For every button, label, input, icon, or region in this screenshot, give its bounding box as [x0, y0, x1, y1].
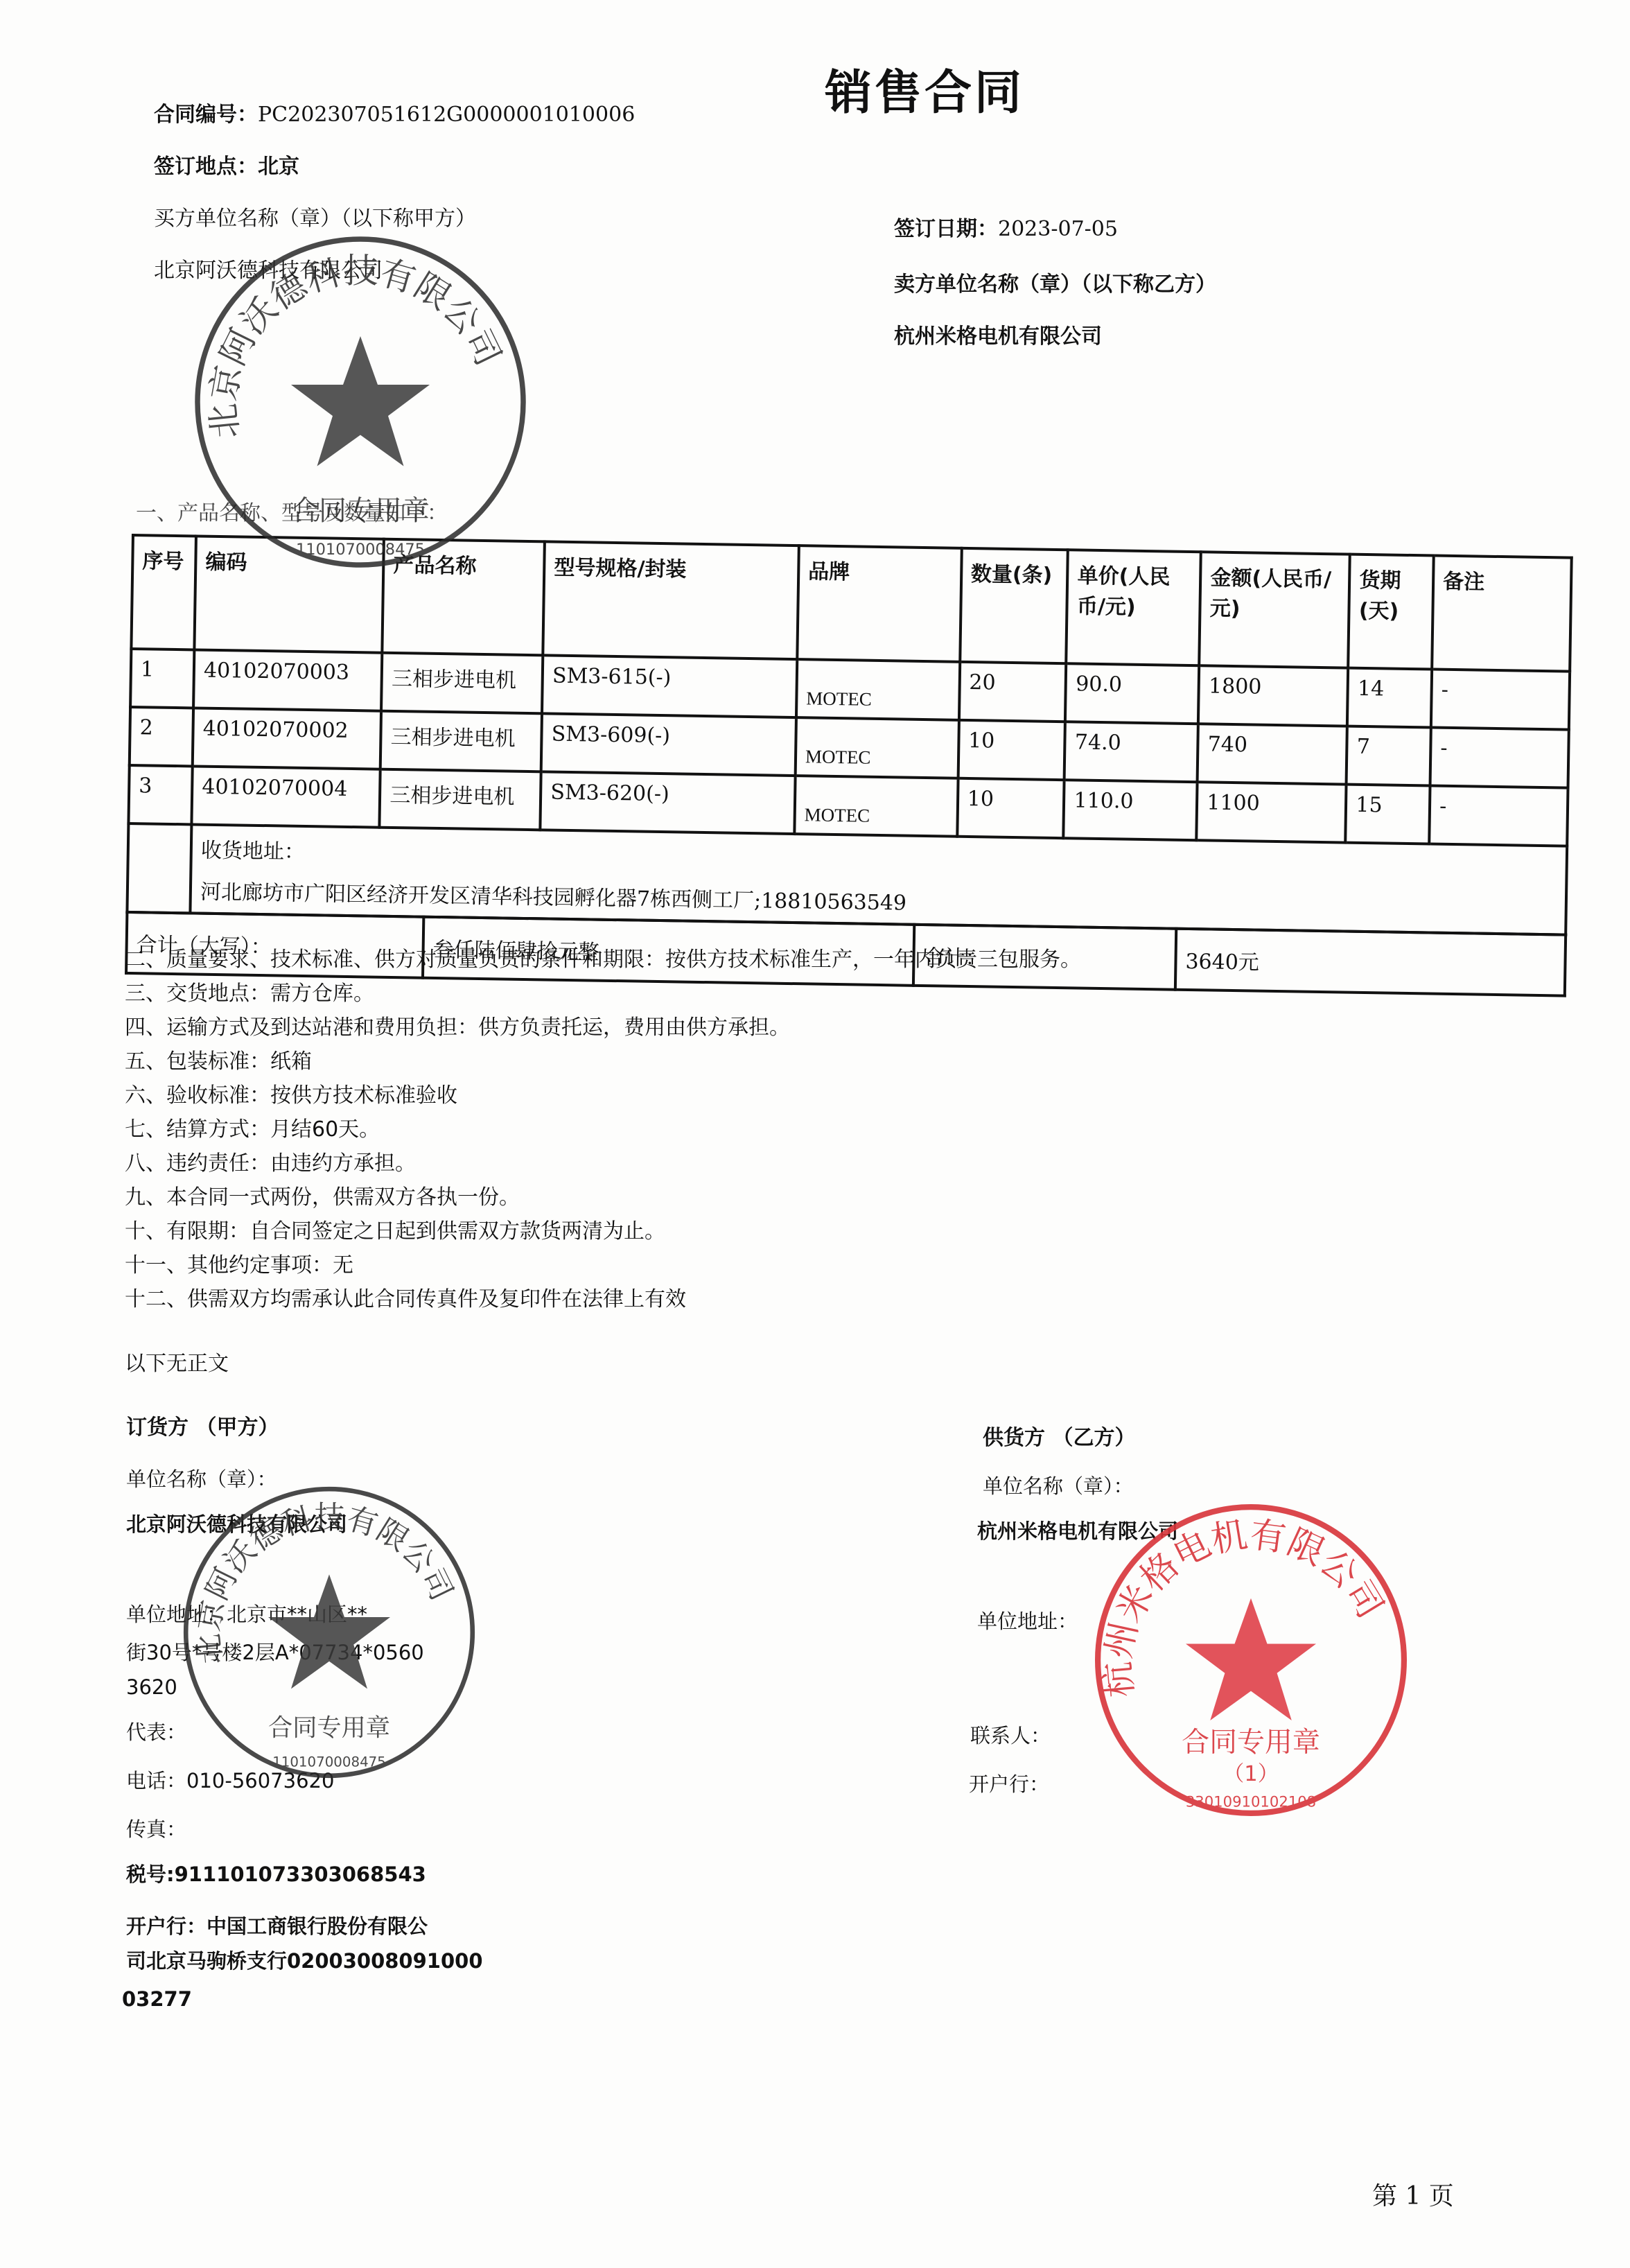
- cell-days: 15: [1346, 785, 1430, 844]
- party-b-title: 供货方 （乙方）: [983, 1428, 1135, 1449]
- cell-model: SM3-620(-): [541, 771, 796, 834]
- term-item: 十一、其他约定事项：无: [125, 1248, 1081, 1282]
- seal-icon: 北京阿沃德科技有限公司 合同专用章 1101070008475: [184, 229, 537, 575]
- seal-number: 33010910102108: [1186, 1793, 1316, 1811]
- party-a-title: 订货方 （甲方）: [126, 1417, 279, 1438]
- total-value: 3640元: [1175, 929, 1566, 996]
- cell-code: 40102070003: [193, 649, 382, 710]
- seal-sub-text: 合同专用章: [291, 495, 430, 527]
- party-a-bank-label: 开户行：: [126, 1914, 207, 1938]
- party-b-address-label: 单位地址：: [977, 1612, 1078, 1632]
- cell-note: -: [1430, 727, 1569, 787]
- product-table: 序号 编码 产品名称 型号规格/封装 品牌 数量(条) 单价(人民币/元) 金额…: [125, 534, 1572, 936]
- party-a-tax: 税号:911101073303068543: [126, 1865, 426, 1885]
- cell-model: SM3-615(-): [542, 655, 797, 717]
- header-qty: 数量(条): [960, 548, 1068, 663]
- cell-brand: MOTEC: [796, 717, 959, 778]
- term-item: 六、验收标准：按供方技术标准验收: [125, 1079, 1081, 1113]
- term-item: 七、结算方式：月结60天。: [125, 1113, 1081, 1146]
- term-item: 十、有限期：自合同签定之日起到供需双方款货两清为止。: [125, 1214, 1081, 1248]
- party-a-bank-line-1: 开户行：中国工商银行股份有限公: [126, 1917, 428, 1937]
- cell-days: 7: [1347, 726, 1431, 786]
- party-b-bank-label: 开户行：: [969, 1774, 1049, 1795]
- sign-place-label: 签订地点：: [154, 155, 258, 179]
- sign-place: 签订地点：北京: [154, 149, 299, 180]
- product-table-container: 序号 编码 产品名称 型号规格/封装 品牌 数量(条) 单价(人民币/元) 金额…: [125, 534, 1573, 997]
- seller-contract-seal: 杭州米格电机有限公司 合同专用章 （1） 33010910102108: [1088, 1497, 1414, 1823]
- cell-amount: 1800: [1198, 665, 1348, 726]
- page-number: 第 1 页: [1372, 2177, 1454, 2212]
- party-b-unit-name-label: 单位名称（章）：: [983, 1476, 1134, 1497]
- buyer-contract-seal-bottom: 北京阿沃德科技有限公司 合同专用章 1101070008475: [170, 1480, 489, 1785]
- cell-code: 40102070004: [192, 766, 380, 827]
- term-item: 四、运输方式及到达站港和费用负担：供方负责托运，费用由供方承担。: [125, 1011, 1081, 1045]
- contract-number: 合同编号：PC202307051612G0000001010006: [154, 97, 635, 128]
- cell-price: 110.0: [1064, 780, 1198, 840]
- term-item: 二、质量要求、技术标准、供方对质量负责的条件和期限：按供方技术标准生产，一年内负…: [125, 943, 1081, 977]
- seal-icon: 杭州米格电机有限公司 合同专用章 （1） 33010910102108: [1088, 1497, 1414, 1823]
- header-delivery-days: 货期(天): [1349, 555, 1434, 670]
- cell-price: 74.0: [1064, 722, 1198, 782]
- contract-terms: 二、质量要求、技术标准、供方对质量负责的条件和期限：按供方技术标准生产，一年内负…: [125, 943, 1081, 1381]
- term-item: 十二、供需双方均需承认此合同传真件及复印件在法律上有效: [125, 1282, 1081, 1316]
- seller-label: 卖方单位名称（章）（以下称乙方）: [894, 267, 1216, 297]
- cell-brand: MOTEC: [796, 659, 960, 720]
- sign-place-value: 北京: [258, 155, 299, 179]
- cell-qty: 10: [957, 778, 1064, 838]
- seal-number: 1101070008475: [272, 1754, 386, 1770]
- cell-name: 三相步进电机: [380, 711, 542, 772]
- cell-qty: 10: [958, 720, 1065, 780]
- cell-amount: 1100: [1197, 782, 1347, 842]
- term-item: 八、违约责任：由违约方承担。: [125, 1146, 1081, 1180]
- address-spacer-cell: [127, 823, 191, 913]
- header-amount: 金额(人民币/元): [1200, 552, 1351, 668]
- cell-name: 三相步进电机: [380, 769, 541, 830]
- sign-date-value: 2023-07-05: [998, 217, 1118, 241]
- seal-sub-text: 合同专用章: [268, 1714, 390, 1743]
- buyer-label: 买方单位名称（章）（以下称甲方）: [154, 201, 476, 232]
- party-a-tax-label: 税号:: [126, 1863, 175, 1886]
- cell-note: -: [1431, 669, 1570, 729]
- term-item: 三、交货地点：需方仓库。: [125, 977, 1081, 1011]
- seal-paren-text: （1）: [1223, 1762, 1279, 1786]
- cell-brand: MOTEC: [794, 776, 958, 837]
- header-brand: 品牌: [797, 546, 961, 662]
- cell-seq: 3: [128, 765, 192, 824]
- cell-price: 90.0: [1065, 663, 1199, 724]
- party-a-bank-line-2: 司北京马驹桥支行02003008091000: [126, 1951, 483, 1971]
- cell-qty: 20: [959, 662, 1067, 722]
- term-item: 九、本合同一式两份，供需双方各执一份。: [125, 1180, 1081, 1214]
- cell-days: 14: [1347, 668, 1432, 728]
- cell-model: SM3-609(-): [541, 713, 796, 776]
- sign-date: 签订日期：2023-07-05: [894, 211, 1118, 242]
- cell-seq: 2: [130, 707, 193, 766]
- contract-number-label: 合同编号：: [154, 103, 258, 127]
- seal-sub-text: 合同专用章: [1182, 1727, 1320, 1759]
- end-note: 以下无正文: [125, 1347, 1081, 1381]
- cell-code: 40102070002: [193, 708, 381, 769]
- seal-icon: 北京阿沃德科技有限公司 合同专用章 1101070008475: [170, 1480, 489, 1785]
- seal-number: 1101070008475: [296, 541, 425, 559]
- seller-name: 杭州米格电机有限公司: [894, 319, 1102, 349]
- party-b-contact-label: 联系人：: [970, 1726, 1051, 1746]
- document-title: 销售合同: [825, 55, 1024, 123]
- header-model: 型号规格/封装: [543, 541, 799, 659]
- buyer-contract-seal-top: 北京阿沃德科技有限公司 合同专用章 1101070008475: [184, 229, 537, 575]
- term-item: 五、包装标准：纸箱: [125, 1045, 1081, 1079]
- party-a-bank-line-3: 03277: [122, 1989, 192, 2009]
- contract-number-value: PC202307051612G0000001010006: [258, 103, 635, 127]
- party-a-bank-value-1: 中国工商银行股份有限公: [207, 1914, 428, 1938]
- sign-date-label: 签订日期：: [894, 217, 998, 241]
- party-a-fax-label: 传真：: [126, 1820, 186, 1840]
- party-a-tax-value: 911101073303068543: [175, 1863, 426, 1886]
- cell-name: 三相步进电机: [381, 653, 543, 714]
- cell-seq: 1: [130, 649, 194, 708]
- header-price: 单价(人民币/元): [1067, 550, 1201, 665]
- cell-note: -: [1429, 785, 1568, 846]
- header-note: 备注: [1432, 556, 1571, 672]
- cell-amount: 740: [1198, 724, 1347, 784]
